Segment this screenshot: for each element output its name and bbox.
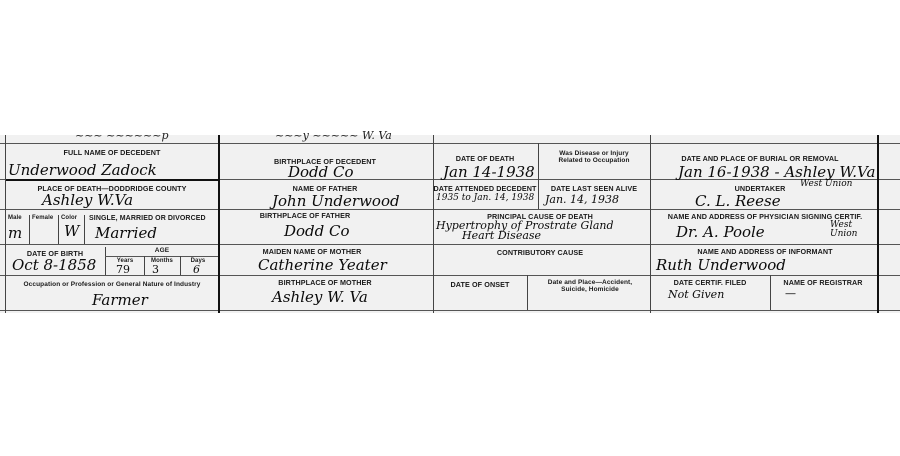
occupation-value: Farmer <box>92 291 148 309</box>
date-of-birth-value: Oct 8-1858 <box>12 256 96 274</box>
principal-cause-value: Heart Disease <box>462 229 541 242</box>
row-line <box>0 275 900 276</box>
row-line <box>0 244 900 245</box>
column-line <box>144 256 145 275</box>
row-line <box>0 143 900 144</box>
certificate-sheet: ~~~ ~~~~~~p ~~~y ~~~~~ W. Va FULL NAME O… <box>0 135 900 313</box>
place-of-death-value: Ashley W.Va <box>42 191 133 209</box>
column-line <box>84 215 85 244</box>
age-years-value: 79 <box>116 263 130 276</box>
column-line <box>218 135 220 313</box>
father-birthplace-label: BIRTHPLACE OF FATHER <box>260 211 351 220</box>
occupation-related-label: Related to Occupation <box>558 157 629 164</box>
color-label: Color <box>61 215 77 221</box>
accident-label: Date and Place—Accident, <box>548 279 632 286</box>
column-line <box>433 135 434 313</box>
birthplace-value: Dodd Co <box>288 163 354 181</box>
column-line <box>538 143 539 209</box>
father-birthplace-value: Dodd Co <box>284 222 350 240</box>
date-certif-filed-value: Not Given <box>668 288 724 301</box>
undertaker-value: C. L. Reese <box>695 192 781 210</box>
column-line <box>650 135 651 313</box>
column-line <box>58 215 59 244</box>
full-name-value: Underwood Zadock <box>8 161 157 179</box>
informant-value: Ruth Underwood <box>656 256 786 274</box>
row-line <box>0 310 900 311</box>
male-label: Male <box>8 215 22 221</box>
column-line <box>29 215 30 244</box>
physician-value: Dr. A. Poole <box>676 223 765 241</box>
date-attended-label: DATE ATTENDED DECEDENT <box>433 184 536 193</box>
column-line <box>180 256 181 275</box>
marital-status-value: Married <box>95 224 157 242</box>
physician-place: West Union <box>830 221 870 239</box>
sex-value: m <box>8 224 22 242</box>
column-line <box>877 135 879 313</box>
column-line <box>770 275 771 310</box>
contributory-cause-label: CONTRIBUTORY CAUSE <box>497 248 583 257</box>
burial-label: DATE AND PLACE OF BURIAL OR REMOVAL <box>681 154 838 163</box>
name-box-border <box>5 179 218 181</box>
mother-maiden-name-value: Catherine Yeater <box>258 256 387 274</box>
date-of-onset-label: DATE OF ONSET <box>450 280 509 289</box>
color-value: W <box>64 222 79 240</box>
age-label: AGE <box>155 247 169 254</box>
row-line <box>105 256 218 257</box>
column-line <box>5 135 6 313</box>
father-name-value: John Underwood <box>272 192 400 210</box>
accident-label: Suicide, Homicide <box>561 286 619 293</box>
mother-birthplace-value: Ashley W. Va <box>272 288 368 306</box>
column-line <box>105 247 106 275</box>
female-label: Female <box>32 215 53 221</box>
occupation-related-label: Was Disease or Injury <box>559 150 628 157</box>
registrar-label: NAME OF REGISTRAR <box>783 278 862 287</box>
column-line <box>527 275 528 310</box>
undertaker-place: West Union <box>800 179 852 189</box>
marital-status-label: SINGLE, MARRIED OR DIVORCED <box>89 215 206 222</box>
occupation-label: Occupation or Profession or General Natu… <box>24 281 201 288</box>
date-last-seen-label: DATE LAST SEEN ALIVE <box>551 184 637 193</box>
date-last-seen-value: Jan. 14, 1938 <box>545 193 619 206</box>
previous-row-fragment: ~~~y ~~~~~ W. Va <box>275 129 392 142</box>
registrar-value: — <box>785 287 796 300</box>
informant-label: NAME AND ADDRESS OF INFORMANT <box>697 247 832 256</box>
previous-row-fragment: ~~~ ~~~~~~p <box>75 129 169 142</box>
mother-birthplace-label: BIRTHPLACE OF MOTHER <box>278 278 371 287</box>
age-days-value: 6 <box>193 263 200 276</box>
mother-maiden-name-label: MAIDEN NAME OF MOTHER <box>263 247 362 256</box>
age-months-value: 3 <box>152 263 159 276</box>
full-name-label: FULL NAME OF DECEDENT <box>63 148 160 157</box>
date-attended-value: 1935 to Jan. 14, 1938 <box>436 193 534 203</box>
date-certif-filed-label: DATE CERTIF. FILED <box>674 278 747 287</box>
date-of-death-value: Jan 14-1938 <box>443 163 535 181</box>
date-of-death-label: DATE OF DEATH <box>456 154 515 163</box>
